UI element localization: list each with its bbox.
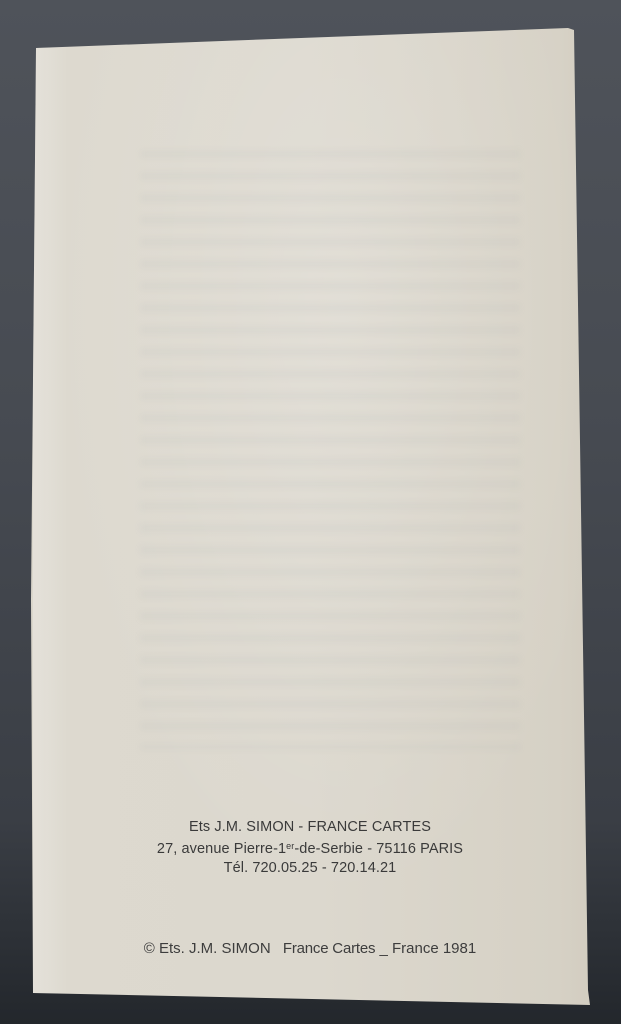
show-through-text bbox=[140, 150, 520, 750]
copyright-icon: © bbox=[144, 940, 155, 957]
leaflet-page: Ets J.M. SIMON - FRANCE CARTES 27, avenu… bbox=[0, 0, 621, 1024]
copyright-separator: _ bbox=[379, 940, 387, 957]
copyright-brand: France Cartes bbox=[283, 940, 375, 957]
copyright-holder: Ets. J.M. SIMON bbox=[159, 940, 271, 957]
paper-crease bbox=[33, 40, 83, 1000]
copyright-country-year: France 1981 bbox=[392, 940, 476, 957]
publisher-name: Ets J.M. SIMON - FRANCE CARTES bbox=[110, 818, 510, 837]
publisher-street: 27, avenue Pierre-1er-de-Serbie - 75116 … bbox=[110, 837, 510, 859]
publisher-phone: Tél. 720.05.25 - 720.14.21 bbox=[110, 859, 510, 878]
copyright-line: © Ets. J.M. SIMON France Cartes _ France… bbox=[100, 939, 520, 959]
publisher-address-block: Ets J.M. SIMON - FRANCE CARTES 27, avenu… bbox=[110, 818, 510, 878]
